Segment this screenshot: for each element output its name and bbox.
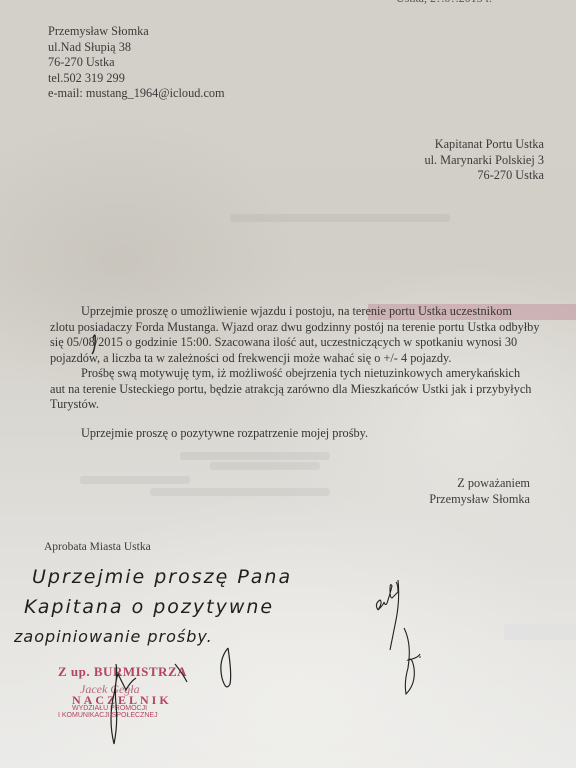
paragraph-line: aut na terenie Usteckiego portu, będzie … <box>50 382 531 398</box>
paragraph-line: zlotu posiadaczy Forda Mustanga. Wjazd o… <box>50 320 539 336</box>
addressee-street: ul. Marynarki Polskiej 3 <box>424 153 544 169</box>
addressee-city: 76-270 Ustka <box>424 168 544 184</box>
sender-name: Przemysław Słomka <box>48 24 225 40</box>
paragraph-3: Uprzejmie proszę o pozytywne rozpatrzeni… <box>50 426 368 442</box>
sender-city: 76-270 Ustka <box>48 55 225 71</box>
letter-page: Ustka, 2?.0?.2015 r. Przemysław Słomka u… <box>0 0 576 768</box>
handwritten-note-line: Uprzejmie proszę Pana <box>32 566 292 588</box>
closing-block: Z poważaniem Przemysław Słomka <box>429 476 530 507</box>
harbour-approval-signature <box>376 580 420 694</box>
bleed-through-mark <box>210 462 320 470</box>
bleed-through-mark <box>150 488 330 496</box>
page-edge-fold <box>504 624 576 640</box>
paragraph-line: Uprzejmie proszę o pozytywne rozpatrzeni… <box>50 426 368 442</box>
addressee-block: Kapitanat Portu Ustka ul. Marynarki Pols… <box>424 137 544 184</box>
sender-block: Przemysław Słomka ul.Nad Słupią 38 76-27… <box>48 24 225 102</box>
handwritten-note-line: zaopiniowanie prośby. <box>14 627 213 646</box>
addressee-name: Kapitanat Portu Ustka <box>424 137 544 153</box>
closing-salutation: Z poważaniem <box>429 476 530 492</box>
approval-label: Aprobata Miasta Ustka <box>44 540 151 556</box>
stamp-department: WYDZIAŁU PROMOCJI <box>72 705 147 712</box>
paragraph-line: pojazdów, a liczba ta w zależności od fr… <box>50 351 539 367</box>
letter-date: Ustka, 2?.0?.2015 r. <box>396 0 492 6</box>
paragraph-1: Uprzejmie proszę o umożliwienie wjazdu i… <box>50 304 539 366</box>
paragraph-line: Turystów. <box>50 397 531 413</box>
sender-email: e-mail: mustang_1964@icloud.com <box>48 86 225 102</box>
stamp-title: Z up. BURMISTRZA <box>58 664 187 680</box>
paragraph-line: Uprzejmie proszę o umożliwienie wjazdu i… <box>50 304 539 320</box>
sender-phone: tel.502 319 299 <box>48 71 225 87</box>
bleed-through-mark <box>180 452 330 460</box>
bleed-through-mark <box>230 214 450 222</box>
handwritten-note-line: Kapitana o pozytywne <box>24 596 274 618</box>
sender-street: ul.Nad Słupią 38 <box>48 40 225 56</box>
closing-signature-name: Przemysław Słomka <box>429 492 530 508</box>
paragraph-line: się 05/08/2015 o godzinie 15:00. Szacowa… <box>50 335 539 351</box>
paragraph-2: Prośbę swą motywuję tym, iż możliwość ob… <box>50 366 531 413</box>
paragraph-line: Prośbę swą motywuję tym, iż możliwość ob… <box>50 366 531 382</box>
stamp-department: I KOMUNIKACJI SPOŁECZNEJ <box>58 712 158 719</box>
bleed-through-mark <box>80 476 190 484</box>
